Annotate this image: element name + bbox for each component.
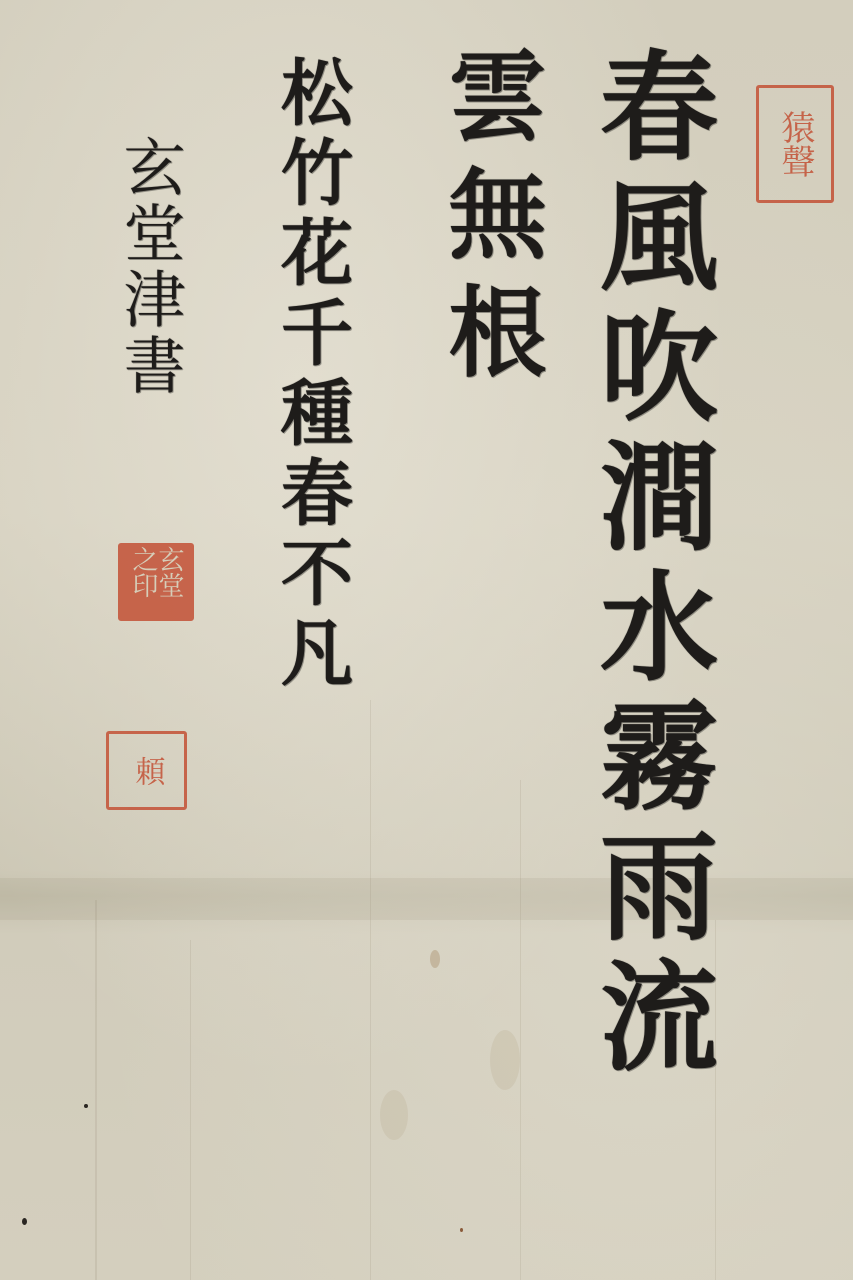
artist-signature: 玄堂津書	[118, 135, 180, 399]
paper-crease	[190, 940, 191, 1280]
ink-speck	[84, 1104, 88, 1108]
paper-stain	[490, 1030, 520, 1090]
paper-stain	[380, 1090, 408, 1140]
paper-stain	[430, 950, 440, 968]
seal-top-right: 猿聲	[756, 85, 834, 203]
paper-crease	[520, 780, 521, 1280]
paper-crease	[95, 900, 97, 1280]
ink-speck	[460, 1228, 463, 1232]
calligraphy-scroll: 春風吹澗水霧雨流 雲無根 松竹花千種春不凡 玄堂津書 猿聲 玄堂之印 頼	[0, 0, 853, 1280]
calligraphy-column-3: 松竹花千種春不凡	[275, 55, 347, 695]
ink-speck	[22, 1218, 27, 1225]
calligraphy-column-2: 雲無根	[440, 45, 538, 399]
seal-signature-upper: 玄堂之印	[118, 543, 194, 621]
calligraphy-column-1: 春風吹澗水霧雨流	[590, 45, 708, 1085]
paper-fold-band	[0, 878, 853, 920]
paper-crease	[370, 700, 371, 1280]
seal-signature-lower: 頼	[106, 731, 187, 810]
